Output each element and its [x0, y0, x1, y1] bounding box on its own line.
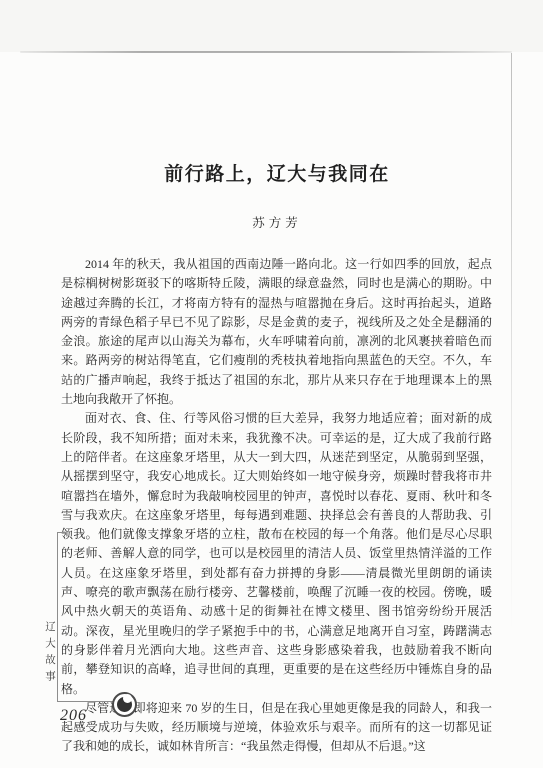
body-text: 2014 年的秋天，我从祖国的西南边陲一路向北。这一行如四季的回放，起点是棕榈树… — [61, 255, 492, 757]
story-bracket-tick — [57, 532, 66, 533]
page-title: 前行路上，辽大与我同在 — [62, 159, 492, 186]
story-bracket-connector — [57, 701, 113, 702]
page-edge-right — [511, 53, 512, 633]
paragraph: 2014 年的秋天，我从祖国的西南边陲一路向北。这一行如四季的回放，起点是棕榈树… — [61, 255, 492, 409]
scan-margin-top — [0, 0, 543, 52]
crescent-moon-icon — [112, 692, 137, 717]
page-number: 206 — [60, 707, 87, 725]
series-label-vertical: 辽大故事 — [42, 621, 57, 687]
scanned-book-page: 前行路上，辽大与我同在 苏方芳 2014 年的秋天，我从祖国的西南边陲一路向北。… — [0, 0, 543, 768]
page-edge-top — [20, 51, 512, 53]
crescent-moon-bite — [123, 694, 132, 703]
paragraph: 面对衣、食、住、行等风俗习惯的巨大差异，我努力地适应着；面对新的成长阶段，我不知… — [61, 409, 492, 698]
author-name: 苏方芳 — [62, 213, 492, 231]
story-bracket-line — [57, 532, 58, 702]
